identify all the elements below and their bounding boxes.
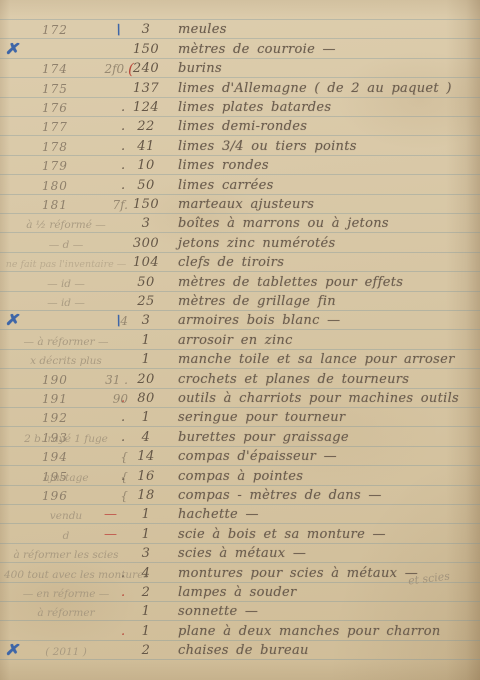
red-dot-mark: . — [121, 585, 125, 600]
ref-number: 178 — [42, 140, 68, 154]
margin-note: — à réformer — — [4, 336, 128, 348]
quantity: 3 — [126, 22, 166, 37]
ledger-row: 1932 b. rayé 1 fuge.4burettes pour grais… — [0, 427, 480, 447]
ledger-row: 195ajustage{.16compas à pointes — [0, 466, 480, 486]
ledger-row: x décrits plus1manche toile et sa lance … — [0, 349, 480, 369]
ref-number: 194 — [42, 450, 68, 464]
item-description: burettes pour graissage — [178, 430, 349, 445]
item-description: marteaux ajusteurs — [178, 197, 314, 212]
ledger-row: 180.50limes carrées — [0, 175, 480, 195]
item-description: scie à bois et sa monture — — [178, 527, 386, 542]
ref-number: 179 — [42, 159, 68, 173]
item-description: scies à métaux — — [178, 546, 306, 561]
column-annotation: 4 — [90, 314, 128, 328]
ledger-row: .1plane à deux manches pour charron — [0, 621, 480, 641]
blue-x-mark: ✗ — [5, 39, 22, 58]
quantity: 3 — [126, 546, 166, 561]
quantity: 150 — [126, 42, 166, 57]
item-description: mètres de tablettes pour effets — [178, 275, 403, 290]
quantity: 41 — [126, 139, 166, 154]
margin-note: ( 2011 ) — [4, 646, 128, 658]
margin-note: à ½ réformé — — [4, 219, 128, 231]
blue-x-mark: ✗ — [5, 311, 22, 330]
ref-number: 181 — [42, 198, 68, 212]
ledger-row: 1817f.150marteaux ajusteurs — [0, 194, 480, 214]
ref-number: 180 — [42, 179, 68, 193]
quantity: 2 — [126, 643, 166, 658]
ledger-row: 19031 .20crochets et planes de tourneurs — [0, 369, 480, 389]
item-description: burins — [178, 61, 222, 76]
quantity: 14 — [126, 449, 166, 464]
quantity: 50 — [126, 275, 166, 290]
item-description: lampes à souder — [178, 585, 297, 600]
item-description: sonnette — — [178, 604, 258, 619]
item-description: montures pour scies à métaux — — [178, 566, 418, 581]
ledger-row: — en réforme —.2lampes à souder — [0, 582, 480, 602]
margin-note: 400 tout avec les montures — [4, 569, 128, 581]
quantity: 16 — [126, 469, 166, 484]
ledger-row: 172\3meules — [0, 19, 480, 39]
margin-note: — id — — [4, 278, 128, 290]
ref-number: 190 — [42, 373, 68, 387]
quantity: 1 — [126, 410, 166, 425]
quantity: 124 — [126, 100, 166, 115]
ref-number: 192 — [42, 411, 68, 425]
ledger-row: à réformer les scies3scies à métaux — — [0, 543, 480, 563]
red-dash-mark: — — [94, 507, 126, 522]
item-description: compas - mètres de dans — — [178, 488, 382, 503]
ledger-row: 192.1seringue pour tourneur — [0, 407, 480, 427]
dot-mark: . — [121, 566, 125, 581]
ledger-row: 176.124limes plates batardes — [0, 97, 480, 117]
item-description: jetons zinc numérotés — [178, 236, 335, 251]
quantity: 4 — [126, 430, 166, 445]
ledger-row: — d —300jetons zinc numérotés — [0, 233, 480, 253]
red-dot-mark: . — [121, 624, 125, 639]
quantity: 1 — [126, 604, 166, 619]
ledger-row: 177.22limes demi-rondes — [0, 116, 480, 136]
ledger-row: 175137limes d'Allemagne ( de 2 au paquet… — [0, 78, 480, 98]
quantity: 1 — [126, 527, 166, 542]
margin-note: 2 b. rayé 1 fuge — [4, 433, 128, 445]
item-description: crochets et planes de tourneurs — [178, 372, 409, 387]
item-description: hachette — — [178, 507, 259, 522]
ledger-page: 172\3meules✗150mètres de courroie —1742f… — [0, 0, 480, 680]
quantity: 10 — [126, 158, 166, 173]
ledger-row: ✗4\3armoires bois blanc — — [0, 310, 480, 330]
item-description: meules — [178, 22, 227, 37]
margin-note: x décrits plus — [4, 355, 128, 367]
ledger-row: 1742f0.(240burins — [0, 58, 480, 78]
item-description: seringue pour tourneur — [178, 410, 345, 425]
item-description: armoires bois blanc — — [178, 313, 340, 328]
margin-note: à réformer les scies — [4, 549, 128, 561]
quantity: 3 — [126, 216, 166, 231]
ref-number: 172 — [42, 23, 68, 37]
margin-note: — id — — [4, 297, 128, 309]
item-description: chaises de bureau — [178, 643, 309, 658]
red-dash-mark: — — [94, 527, 126, 542]
quantity: 137 — [126, 81, 166, 96]
ledger-row: — id —25mètres de grillage fin — [0, 291, 480, 311]
ledger-row: 400 tout avec les montures.4montures pou… — [0, 563, 480, 583]
item-description: limes 3/4 ou tiers points — [178, 139, 357, 154]
item-description: limes carrées — [178, 178, 274, 193]
item-description: manche toile et sa lance pour arroser — [178, 352, 455, 367]
margin-note: — d — — [4, 239, 128, 251]
quantity: 3 — [126, 313, 166, 328]
quantity: 1 — [126, 352, 166, 367]
quantity: 1 — [126, 624, 166, 639]
item-description: mètres de grillage fin — [178, 294, 336, 309]
dot-mark: . — [121, 100, 125, 115]
quantity: 240 — [126, 61, 166, 76]
ledger-row: d—1scie à bois et sa monture — — [0, 524, 480, 544]
quantity: 50 — [126, 178, 166, 193]
ledger-row: 194{14compas d'épaisseur — — [0, 446, 480, 466]
item-description: limes demi-rondes — [178, 119, 307, 134]
quantity: 300 — [126, 236, 166, 251]
item-description: boîtes à marrons ou à jetons — [178, 216, 389, 231]
quantity: 104 — [126, 255, 166, 270]
ledger-row: 196{18compas - mètres de dans — — [0, 485, 480, 505]
dot-mark: . — [121, 139, 125, 154]
item-description: limes d'Allemagne ( de 2 au paquet ) — [178, 81, 452, 96]
quantity: 80 — [126, 391, 166, 406]
ledger-row: ne fait pas l'inventaire —104clefs de ti… — [0, 252, 480, 272]
quantity: 4 — [126, 566, 166, 581]
dot-mark: . — [121, 158, 125, 173]
ledger-row: — à réformer —1arrosoir en zinc — [0, 330, 480, 350]
red-dot-mark: . — [121, 391, 125, 406]
ledger-row: vendu—1hachette — — [0, 504, 480, 524]
item-description: clefs de tiroirs — [178, 255, 284, 270]
item-description: compas à pointes — [178, 469, 303, 484]
quantity: 1 — [126, 507, 166, 522]
blue-check-mark: \ — [115, 22, 122, 38]
ref-number: 177 — [42, 120, 68, 134]
item-description: plane à deux manches pour charron — [178, 624, 441, 639]
quantity: 18 — [126, 488, 166, 503]
ledger-row: 178.41limes 3/4 ou tiers points — [0, 136, 480, 156]
item-description: compas d'épaisseur — — [178, 449, 337, 464]
ledger-row: ✗( 2011 )2chaises de bureau — [0, 640, 480, 660]
item-description: arrosoir en zinc — [178, 333, 293, 348]
ledger-row: 19190.80outils à charriots pour machines… — [0, 388, 480, 408]
column-annotation: 7f. — [90, 198, 128, 212]
item-description: limes plates batardes — [178, 100, 331, 115]
margin-note: à réformer — [4, 607, 128, 619]
ledger-row: à ½ réformé —3boîtes à marrons ou à jeto… — [0, 213, 480, 233]
dot-mark: . — [121, 178, 125, 193]
quantity: 20 — [126, 372, 166, 387]
item-description: mètres de courroie — — [178, 42, 336, 57]
ledger-row: ✗150mètres de courroie — — [0, 39, 480, 59]
dot-mark: . — [121, 410, 125, 425]
item-description: limes rondes — [178, 158, 269, 173]
ref-number: 175 — [42, 82, 68, 96]
quantity: 2 — [126, 585, 166, 600]
ledger-row: à réformer1sonnette — — [0, 601, 480, 621]
quantity: 25 — [126, 294, 166, 309]
column-annotation: { — [90, 489, 128, 503]
quantity: 1 — [126, 333, 166, 348]
quantity: 150 — [126, 197, 166, 212]
margin-note: — en réforme — — [4, 588, 128, 600]
ref-number: 176 — [42, 101, 68, 115]
column-annotation: 31 . — [90, 373, 128, 387]
dot-mark: . — [121, 430, 125, 445]
column-annotation: { — [90, 450, 128, 464]
column-annotation: 2f0. — [90, 62, 128, 76]
item-description: outils à charriots pour machines outils — [178, 391, 459, 406]
quantity: 22 — [126, 119, 166, 134]
dot-mark: . — [121, 119, 125, 134]
ref-number: 174 — [42, 62, 68, 76]
dot-mark: . — [121, 469, 125, 484]
margin-note: ne fait pas l'inventaire — — [4, 259, 128, 270]
ref-number: 196 — [42, 489, 68, 503]
ledger-row: — id —50mètres de tablettes pour effets — [0, 272, 480, 292]
ledger-row: 179.10limes rondes — [0, 155, 480, 175]
ref-number: 191 — [42, 392, 68, 406]
